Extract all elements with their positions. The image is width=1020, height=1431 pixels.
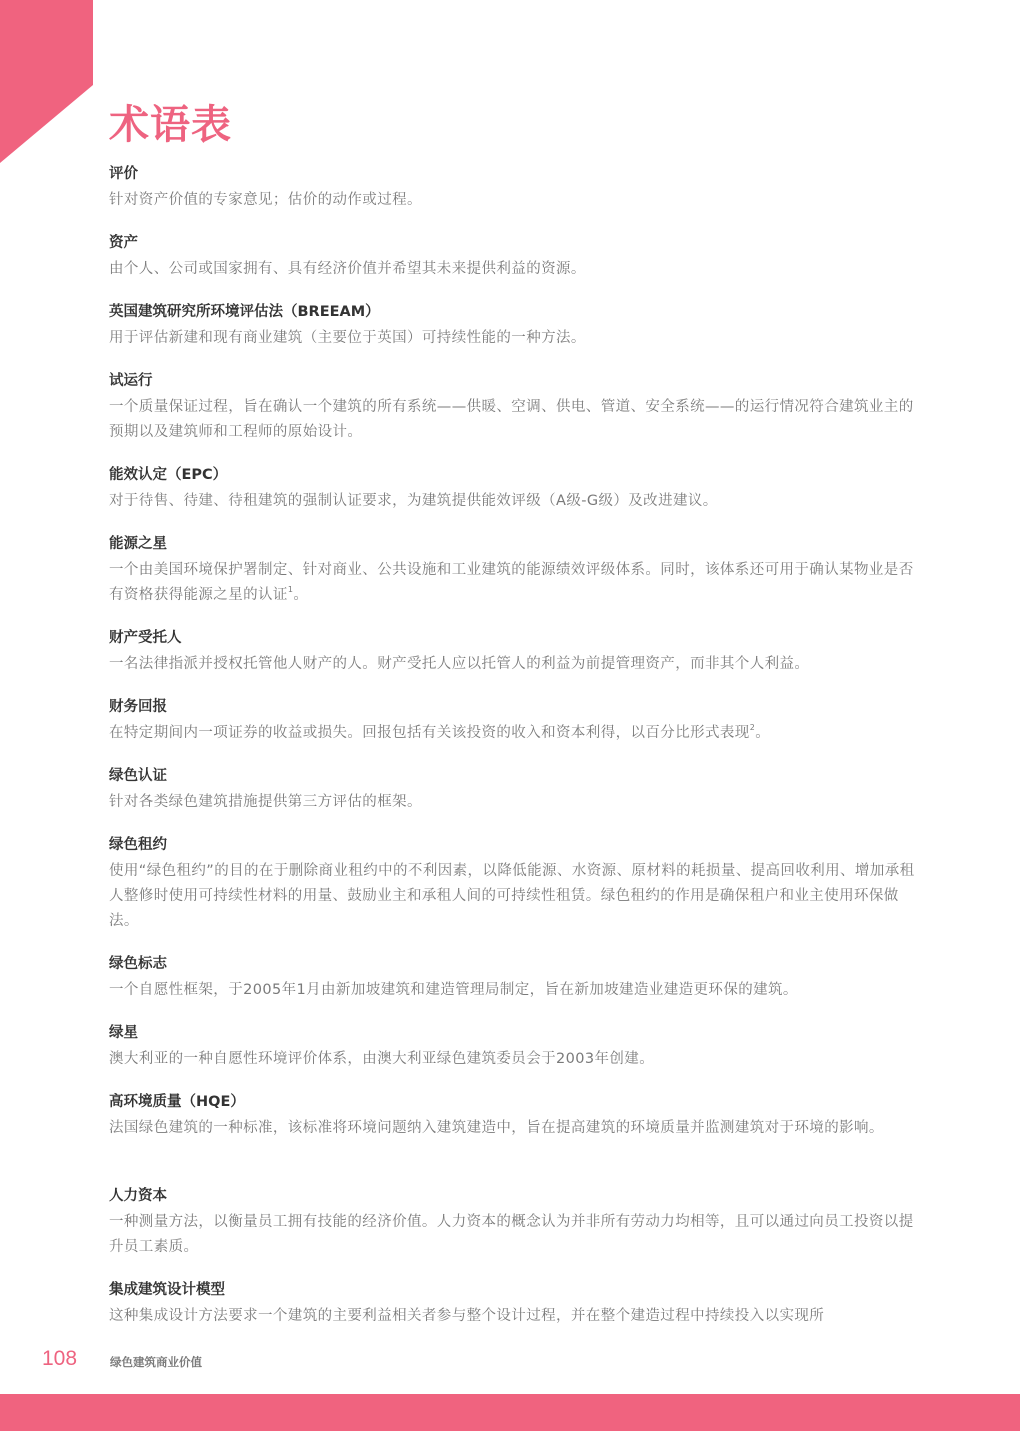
glossary-definition: 针对资产价值的专家意见；估价的动作或过程。 [109, 188, 422, 213]
glossary-term: 集成建筑设计模型 [109, 1280, 915, 1300]
glossary-term: 英国建筑研究所环境评估法（BREEAM） [109, 302, 586, 322]
definition-text: 一个由美国环境保护署制定、针对商业、公共设施和工业建筑的能源绩效评级体系。同时，… [109, 562, 914, 603]
glossary-definition: 在特定期间内一项证券的收益或损失。回报包括有关该投资的收入和资本利得，以百分比形… [109, 721, 915, 746]
glossary-entry: 财产受托人 一名法律指派并授权托管他人财产的人。财产受托人应以托管人的利益为前提… [109, 628, 915, 677]
glossary-entry: 英国建筑研究所环境评估法（BREEAM） 用于评估新建和现有商业建筑（主要位于英… [109, 302, 586, 351]
glossary-entry: 评价 针对资产价值的专家意见；估价的动作或过程。 [109, 164, 422, 213]
glossary-definition: 使用“绿色租约”的目的在于删除商业租约中的不利因素，以降低能源、水资源、原材料的… [109, 859, 915, 934]
glossary-definition: 一名法律指派并授权托管他人财产的人。财产受托人应以托管人的利益为前提管理资产，而… [109, 652, 915, 677]
glossary-term: 绿色标志 [109, 954, 915, 974]
glossary-term: 能源之星 [109, 534, 915, 554]
glossary-definition: 这种集成设计方法要求一个建筑的主要利益相关者参与整个设计过程，并在整个建造过程中… [109, 1304, 915, 1329]
glossary-definition: 一个质量保证过程，旨在确认一个建筑的所有系统——供暖、空调、供电、管道、安全系统… [109, 395, 915, 445]
glossary-definition: 澳大利亚的一种自愿性环境评价体系，由澳大利亚绿色建筑委员会于2003年创建。 [109, 1047, 915, 1072]
glossary-entry: 能源之星 一个由美国环境保护署制定、针对商业、公共设施和工业建筑的能源绩效评级体… [109, 534, 915, 608]
glossary-term: 人力资本 [109, 1186, 915, 1206]
glossary-definition: 一种测量方法，以衡量员工拥有技能的经济价值。人力资本的概念认为并非所有劳动力均相… [109, 1210, 915, 1260]
definition-end: 。 [293, 587, 308, 603]
glossary-definition: 由个人、公司或国家拥有、具有经济价值并希望其未来提供利益的资源。 [109, 257, 586, 282]
glossary-term: 能效认定（EPC） [109, 465, 915, 485]
glossary-entry: 绿色认证 针对各类绿色建筑措施提供第三方评估的框架。 [109, 766, 915, 815]
glossary-term: 绿星 [109, 1023, 915, 1043]
glossary-entry: 绿星 澳大利亚的一种自愿性环境评价体系，由澳大利亚绿色建筑委员会于2003年创建… [109, 1023, 915, 1072]
glossary-entry: 资产 由个人、公司或国家拥有、具有经济价值并希望其未来提供利益的资源。 [109, 233, 586, 282]
glossary-entry: 人力资本 一种测量方法，以衡量员工拥有技能的经济价值。人力资本的概念认为并非所有… [109, 1186, 915, 1260]
glossary-entry: 绿色租约 使用“绿色租约”的目的在于删除商业租约中的不利因素，以降低能源、水资源… [109, 835, 915, 934]
glossary-definition: 一个自愿性框架，于2005年1月由新加坡建筑和建造管理局制定，旨在新加坡建造业建… [109, 978, 915, 1003]
glossary-term: 评价 [109, 164, 422, 184]
glossary-term: 财务回报 [109, 697, 915, 717]
glossary-entry: 高环境质量（HQE） 法国绿色建筑的一种标准，该标准将环境问题纳入建筑建造中，旨… [109, 1092, 915, 1141]
bottom-accent-bar [0, 1394, 1020, 1431]
glossary-term: 资产 [109, 233, 586, 253]
glossary-definition: 法国绿色建筑的一种标准，该标准将环境问题纳入建筑建造中，旨在提高建筑的环境质量并… [109, 1116, 915, 1141]
glossary-entry: 能效认定（EPC） 对于待售、待建、待租建筑的强制认证要求，为建筑提供能效评级（… [109, 465, 915, 514]
page-number: 108 [42, 1346, 77, 1372]
glossary-term: 高环境质量（HQE） [109, 1092, 915, 1112]
glossary-entry: 财务回报 在特定期间内一项证券的收益或损失。回报包括有关该投资的收入和资本利得，… [109, 697, 915, 746]
glossary-entry: 绿色标志 一个自愿性框架，于2005年1月由新加坡建筑和建造管理局制定，旨在新加… [109, 954, 915, 1003]
glossary-definition: 一个由美国环境保护署制定、针对商业、公共设施和工业建筑的能源绩效评级体系。同时，… [109, 558, 915, 608]
glossary-term: 绿色认证 [109, 766, 915, 786]
glossary-entry: 集成建筑设计模型 这种集成设计方法要求一个建筑的主要利益相关者参与整个设计过程，… [109, 1280, 915, 1329]
page-title: 术语表 [109, 98, 232, 152]
glossary-definition: 对于待售、待建、待租建筑的强制认证要求，为建筑提供能效评级（A级-G级）及改进建… [109, 489, 915, 514]
publication-title: 绿色建筑商业价值 [110, 1354, 202, 1370]
corner-decoration [0, 0, 93, 163]
glossary-term: 财产受托人 [109, 628, 915, 648]
glossary-term: 绿色租约 [109, 835, 915, 855]
glossary-definition: 针对各类绿色建筑措施提供第三方评估的框架。 [109, 790, 915, 815]
glossary-term: 试运行 [109, 371, 915, 391]
definition-text: 在特定期间内一项证券的收益或损失。回报包括有关该投资的收入和资本利得，以百分比形… [109, 725, 750, 741]
definition-end: 。 [755, 725, 770, 741]
glossary-definition: 用于评估新建和现有商业建筑（主要位于英国）可持续性能的一种方法。 [109, 326, 586, 351]
glossary-entry: 试运行 一个质量保证过程，旨在确认一个建筑的所有系统——供暖、空调、供电、管道、… [109, 371, 915, 445]
